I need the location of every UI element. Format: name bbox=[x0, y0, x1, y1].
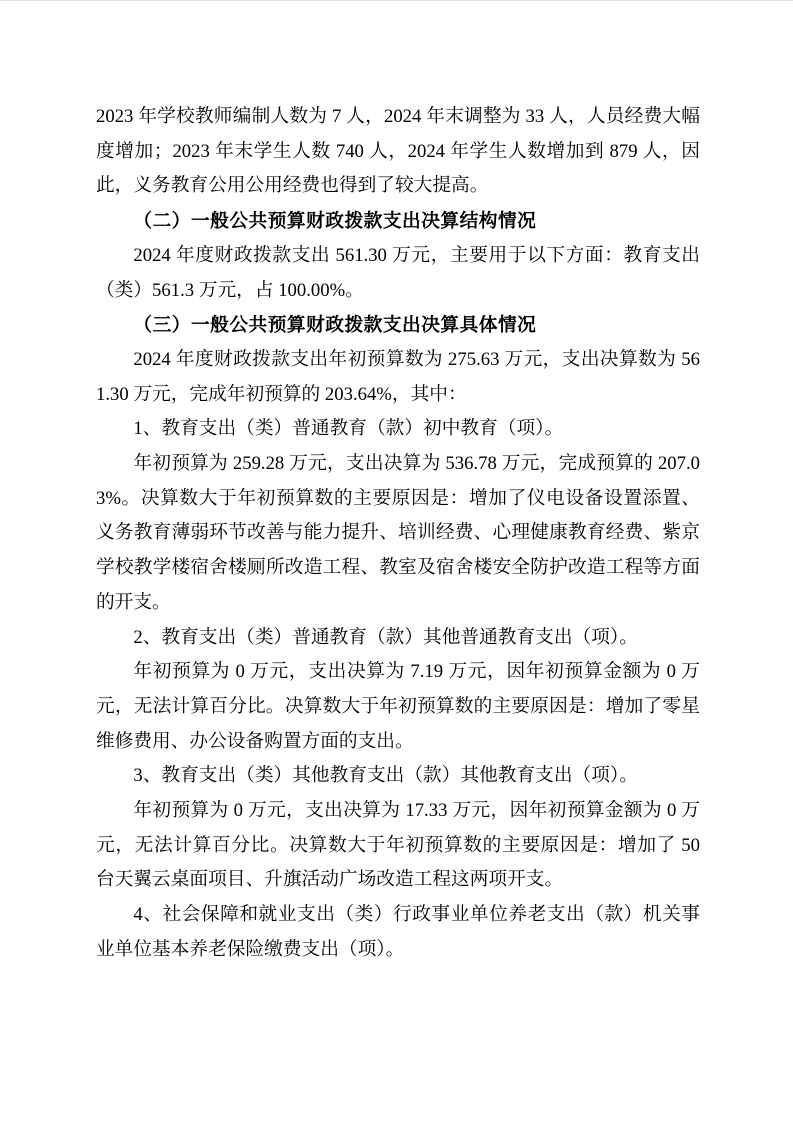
body-paragraph: 1、教育支出（类）普通教育（款）初中教育（项）。 bbox=[96, 412, 700, 447]
body-paragraph: 2024 年度财政拨款支出年初预算数为 275.63 万元，支出决算数为 561… bbox=[96, 343, 700, 412]
section-heading: （二）一般公共预算财政拨款支出决算结构情况 bbox=[96, 204, 700, 239]
body-paragraph: 2、教育支出（类）普通教育（款）其他普通教育支出（项）。 bbox=[96, 621, 700, 656]
document-page: 2023 年学校教师编制人数为 7 人，2024 年末调整为 33 人，人员经费… bbox=[0, 0, 793, 1122]
section-heading: （三）一般公共预算财政拨款支出决算具体情况 bbox=[96, 308, 700, 343]
document-text-area: 2023 年学校教师编制人数为 7 人，2024 年末调整为 33 人，人员经费… bbox=[96, 100, 700, 968]
body-paragraph: 3、教育支出（类）其他教育支出（款）其他教育支出（项）。 bbox=[96, 759, 700, 794]
body-paragraph: 2023 年学校教师编制人数为 7 人，2024 年末调整为 33 人，人员经费… bbox=[96, 100, 700, 204]
body-paragraph: 年初预算为 0 万元，支出决算为 7.19 万元，因年初预算金额为 0 万元，无… bbox=[96, 655, 700, 759]
body-paragraph: 年初预算为 259.28 万元，支出决算为 536.78 万元，完成预算的 20… bbox=[96, 447, 700, 621]
body-paragraph: 年初预算为 0 万元，支出决算为 17.33 万元，因年初预算金额为 0 万元，… bbox=[96, 794, 700, 898]
body-paragraph: 2024 年度财政拨款支出 561.30 万元，主要用于以下方面：教育支出（类）… bbox=[96, 239, 700, 308]
body-paragraph: 4、社会保障和就业支出（类）行政事业单位养老支出（款）机关事业单位基本养老保险缴… bbox=[96, 898, 700, 967]
